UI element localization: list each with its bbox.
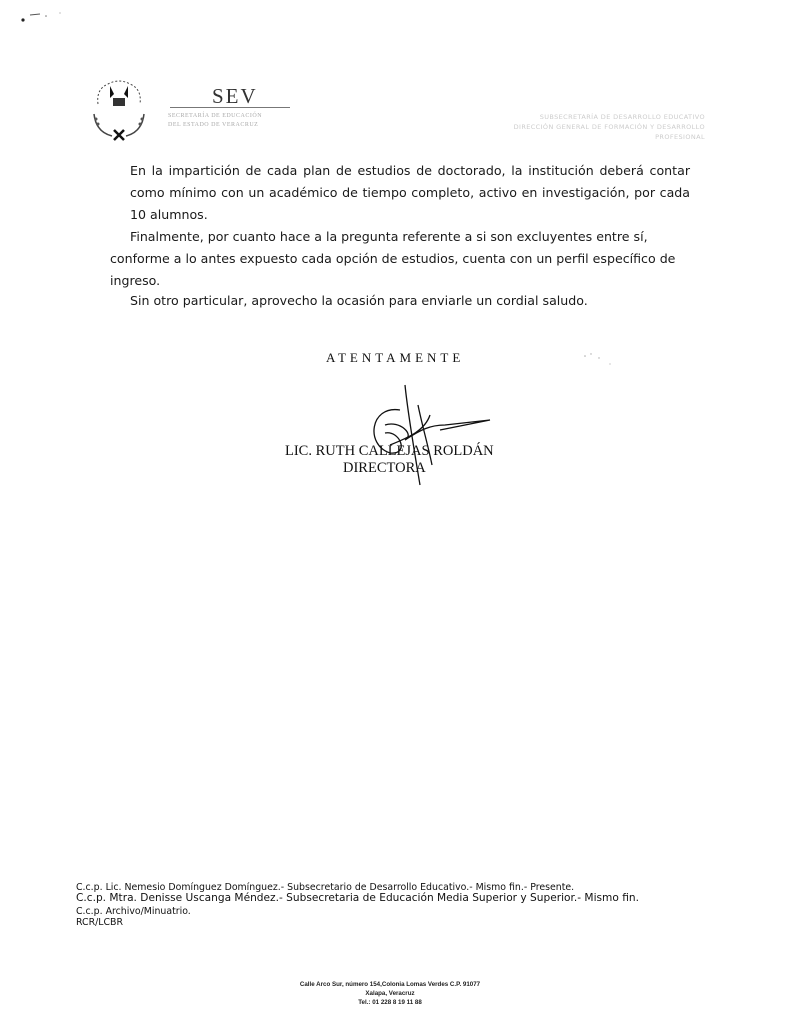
footer-address-block: Calle Arco Sur, número 154,Colonia Lomas…: [290, 980, 490, 1007]
logo-subtitle: SECRETARÍA DE EDUCACIÓN DEL ESTADO DE VE…: [168, 112, 308, 130]
logo-subtitle-line: SECRETARÍA DE EDUCACIÓN: [168, 112, 308, 121]
department-heading: SUBSECRETARÍA DE DESARROLLO EDUCATIVO DI…: [480, 112, 705, 142]
paragraph-exclusive: Finalmente, por cuanto hace a la pregunt…: [110, 226, 690, 292]
copy-line: C.c.p. Archivo/Minuatrio.: [76, 906, 191, 918]
signer-role: DIRECTORA: [343, 460, 426, 477]
logo-subtitle-line: DEL ESTADO DE VERACRUZ: [168, 121, 308, 130]
logo-title: SEV: [212, 84, 258, 109]
footer-phone: Tel.: 01 228 8 19 11 88: [290, 998, 490, 1007]
paragraph-closing: Sin otro particular, aprovecho la ocasió…: [130, 290, 690, 312]
copy-line: C.c.p. Mtra. Denisse Uscanga Méndez.- Su…: [76, 893, 639, 905]
footer-address: Calle Arco Sur, número 154,Colonia Lomas…: [290, 980, 490, 989]
footer-city: Xalapa, Veracruz: [290, 989, 490, 998]
department-heading-line: SUBSECRETARÍA DE DESARROLLO EDUCATIVO: [480, 112, 705, 122]
department-heading-line: DIRECCIÓN GENERAL DE FORMACIÓN Y DESARRO…: [480, 122, 705, 142]
paragraph-doctorate: En la impartición de cada plan de estudi…: [130, 160, 690, 226]
salutation: ATENTAMENTE: [326, 350, 464, 366]
scan-speck: [20, 10, 80, 22]
coat-of-arms-icon: [86, 74, 152, 142]
logo-rule: [170, 107, 290, 108]
signer-name: LIC. RUTH CALLEJAS ROLDÁN: [285, 443, 494, 460]
copy-line: RCR/LCBR: [76, 917, 123, 929]
faint-stamp-mark: [555, 350, 625, 370]
